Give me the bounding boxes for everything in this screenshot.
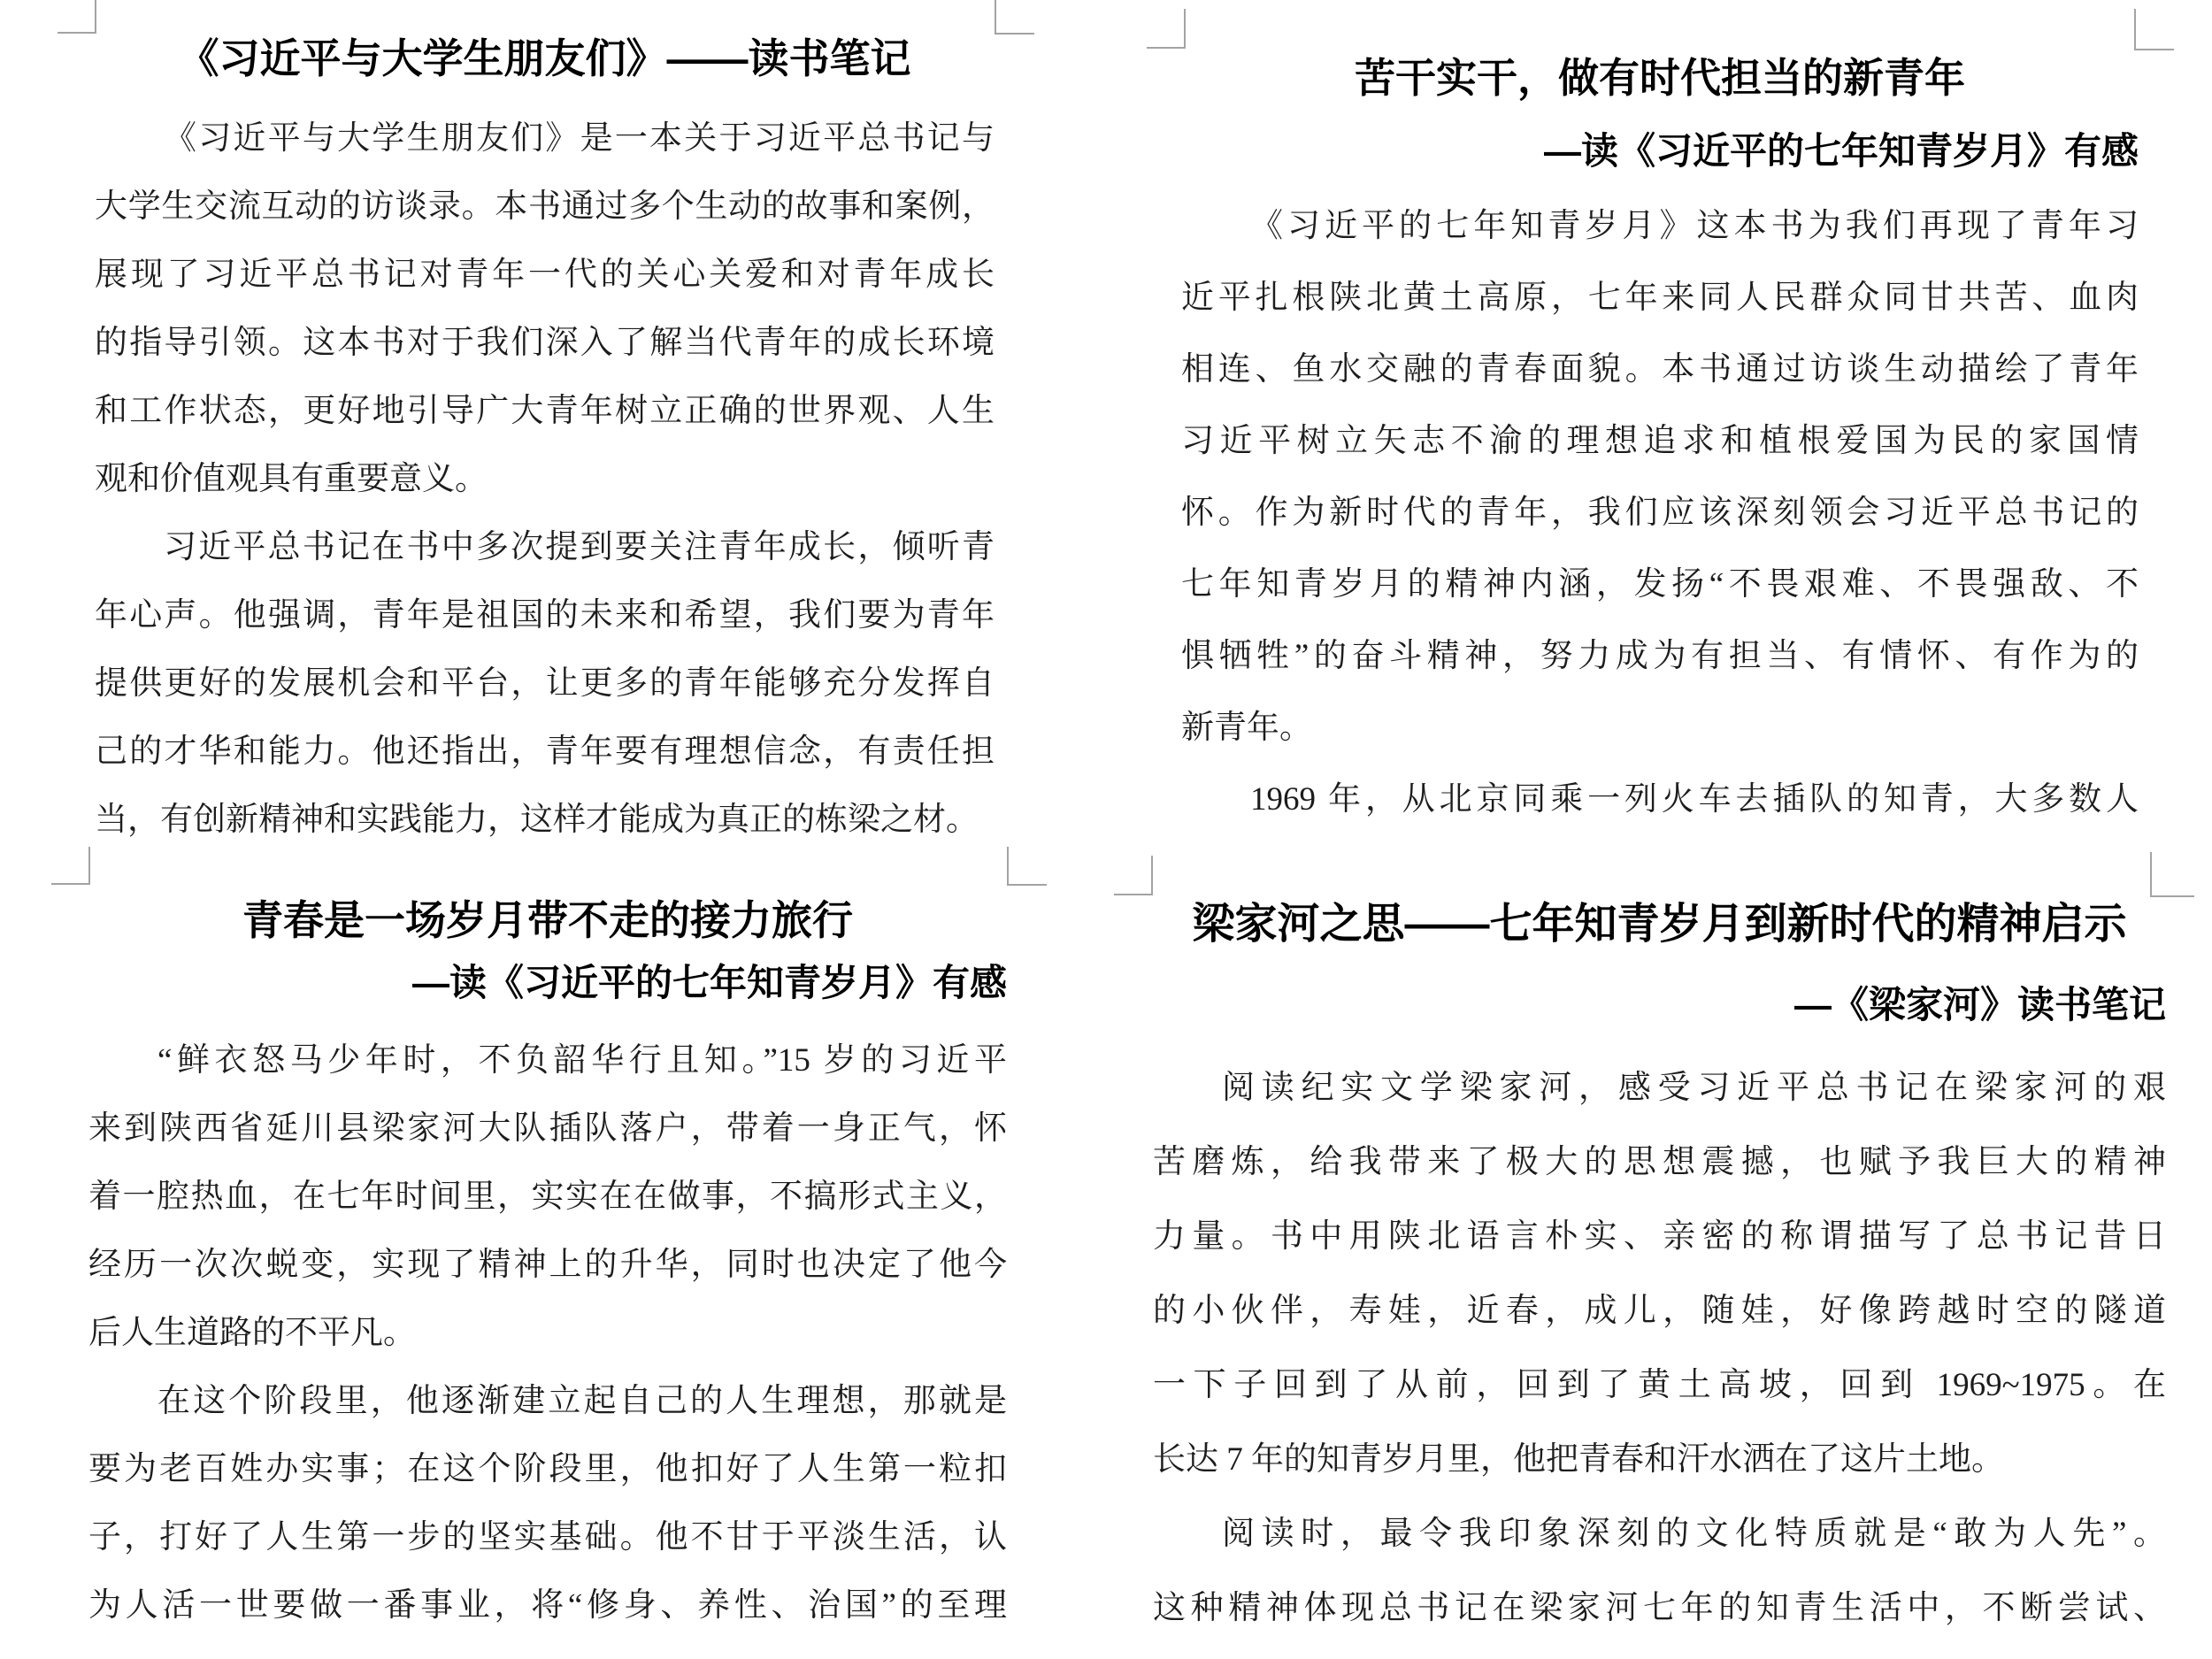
text-boundary-mark-top-left-page-3 [51, 847, 90, 885]
text-line: 习近平总书记在书中多次提到要关注青年成长，倾听青 [95, 513, 995, 581]
essay-subtitle: —读《习近平的七年知青岁月》有感 [1181, 128, 2139, 174]
essay-body: 阅读纪实文学梁家河，感受习近平总书记在梁家河的艰苦磨炼，给我带来了极大的思想震撼… [1153, 1051, 2166, 1646]
essay-title: 青春是一场岁月带不走的接力旅行 [88, 894, 1007, 947]
text-line: 这种精神体现总书记在梁家河七年的知青生活中，不断尝试、 [1153, 1571, 2166, 1646]
text-line: 为人活一世要做一番事业，将“修身、养性、治国”的至理 [88, 1571, 1007, 1640]
page-section-1: 《习近平与大学生朋友们》——读书笔记 《习近平与大学生朋友们》是一本关于习近平总… [95, 30, 995, 854]
essay-body: 《习近平的七年知青岁月》这本书为我们再现了青年习近平扎根陕北黄土高原，七年来同人… [1181, 190, 2139, 835]
page-section-3: 青春是一场岁月带不走的接力旅行 —读《习近平的七年知青岁月》有感 “鲜衣怒马少年… [88, 894, 1007, 1640]
text-boundary-mark-top-right-page-1 [995, 0, 1034, 35]
text-line: 己的才华和能力。他还指出，青年要有理想信念，有责任担 [95, 718, 995, 786]
text-line: 长达 7 年的知青岁月里，他把青春和汗水洒在了这片土地。 [1153, 1423, 2166, 1497]
essay-body: 《习近平与大学生朋友们》是一本关于习近平总书记与大学生交流互动的访谈录。本书通过… [95, 104, 995, 854]
text-line: 着一腔热血，在七年时间里，实实在在做事，不搞形式主义， [88, 1163, 1007, 1231]
text-line: 一下子回到了从前，回到了黄土高坡，回到 1969~1975。在 [1153, 1348, 2166, 1423]
text-line: 苦磨炼，给我带来了极大的思想震撼，也赋予我巨大的精神 [1153, 1125, 2166, 1200]
text-line: 惧牺牲”的奋斗精神，努力成为有担当、有情怀、有作为的 [1181, 620, 2139, 692]
text-line: 《习近平的七年知青岁月》这本书为我们再现了青年习 [1181, 190, 2139, 262]
text-line: 近平扎根陕北黄土高原，七年来同人民群众同甘共苦、血肉 [1181, 262, 2139, 334]
text-boundary-mark-top-left-page-2 [1147, 9, 1186, 49]
text-line: 新青年。 [1181, 692, 2139, 764]
essay-title: 《习近平与大学生朋友们》——读书笔记 [95, 30, 995, 87]
page-section-4: 梁家河之思——七年知青岁月到新时代的精神启示 —《梁家河》读书笔记 阅读纪实文学… [1153, 894, 2166, 1646]
essay-title: 梁家河之思——七年知青岁月到新时代的精神启示 [1153, 894, 2166, 956]
text-line: 《习近平与大学生朋友们》是一本关于习近平总书记与 [95, 104, 995, 173]
text-line: 当，有创新精神和实践能力，这样才能成为真正的栋梁之材。 [95, 786, 995, 854]
text-line: 要为老百姓办实事；在这个阶段里，他扣好了人生第一粒扣 [88, 1435, 1007, 1503]
essay-subtitle: —读《习近平的七年知青岁月》有感 [88, 960, 1007, 1006]
text-boundary-mark-top-right-page-4 [2150, 852, 2194, 897]
text-line: 怀。作为新时代的青年，我们应该深刻领会习近平总书记的 [1181, 477, 2139, 549]
text-line: 大学生交流互动的访谈录。本书通过多个生动的故事和案例， [95, 173, 995, 241]
text-line: 相连、鱼水交融的青春面貌。本书通过访谈生动描绘了青年 [1181, 334, 2139, 405]
text-line: 七年知青岁月的精神内涵，发扬“不畏艰难、不畏强敌、不 [1181, 549, 2139, 620]
text-line: “鲜衣怒马少年时，不负韶华行且知。”15 岁的习近平 [88, 1026, 1007, 1094]
text-boundary-mark-top-right-page-2 [2134, 9, 2174, 50]
text-boundary-mark-top-left-page-1 [58, 0, 96, 34]
text-boundary-mark-top-right-page-3 [1007, 847, 1047, 886]
text-line: 后人生道路的不平凡。 [88, 1299, 1007, 1367]
text-line: 的小伙伴，寿娃，近春，成儿，随娃，好像跨越时空的隧道 [1153, 1274, 2166, 1348]
essay-body: “鲜衣怒马少年时，不负韶华行且知。”15 岁的习近平来到陕西省延川县梁家河大队插… [88, 1026, 1007, 1640]
text-line: 和工作状态，更好地引导广大青年树立正确的世界观、人生 [95, 377, 995, 445]
text-line: 年心声。他强调，青年是祖国的未来和希望，我们要为青年 [95, 581, 995, 649]
text-line: 提供更好的发展机会和平台，让更多的青年能够充分发挥自 [95, 649, 995, 718]
text-line: 在这个阶段里，他逐渐建立起自己的人生理想，那就是 [88, 1367, 1007, 1435]
text-line: 的指导引领。这本书对于我们深入了解当代青年的成长环境 [95, 309, 995, 377]
essay-title: 苦干实干，做有时代担当的新青年 [1181, 53, 2139, 103]
text-line: 阅读纪实文学梁家河，感受习近平总书记在梁家河的艰 [1153, 1051, 2166, 1125]
text-line: 展现了习近平总书记对青年一代的关心关爱和对青年成长 [95, 241, 995, 309]
text-line: 阅读时，最令我印象深刻的文化特质就是“敢为人先”。 [1153, 1497, 2166, 1571]
essay-subtitle: —《梁家河》读书笔记 [1153, 982, 2166, 1028]
text-line: 经历一次次蜕变，实现了精神上的升华，同时也决定了他今 [88, 1231, 1007, 1299]
page-section-2: 苦干实干，做有时代担当的新青年 —读《习近平的七年知青岁月》有感 《习近平的七年… [1181, 53, 2139, 835]
text-boundary-mark-top-left-page-4 [1114, 856, 1153, 895]
text-line: 习近平树立矢志不渝的理想追求和植根爱国为民的家国情 [1181, 405, 2139, 477]
text-line: 子，打好了人生第一步的坚实基础。他不甘于平淡生活，认 [88, 1503, 1007, 1571]
document-canvas: 《习近平与大学生朋友们》——读书笔记 《习近平与大学生朋友们》是一本关于习近平总… [0, 0, 2212, 1659]
text-line: 力量。书中用陕北语言朴实、亲密的称谓描写了总书记昔日 [1153, 1200, 2166, 1274]
text-line: 来到陕西省延川县梁家河大队插队落户，带着一身正气，怀 [88, 1094, 1007, 1163]
text-line: 观和价值观具有重要意义。 [95, 445, 995, 513]
text-line: 1969 年，从北京同乘一列火车去插队的知青，大多数人 [1181, 764, 2139, 835]
